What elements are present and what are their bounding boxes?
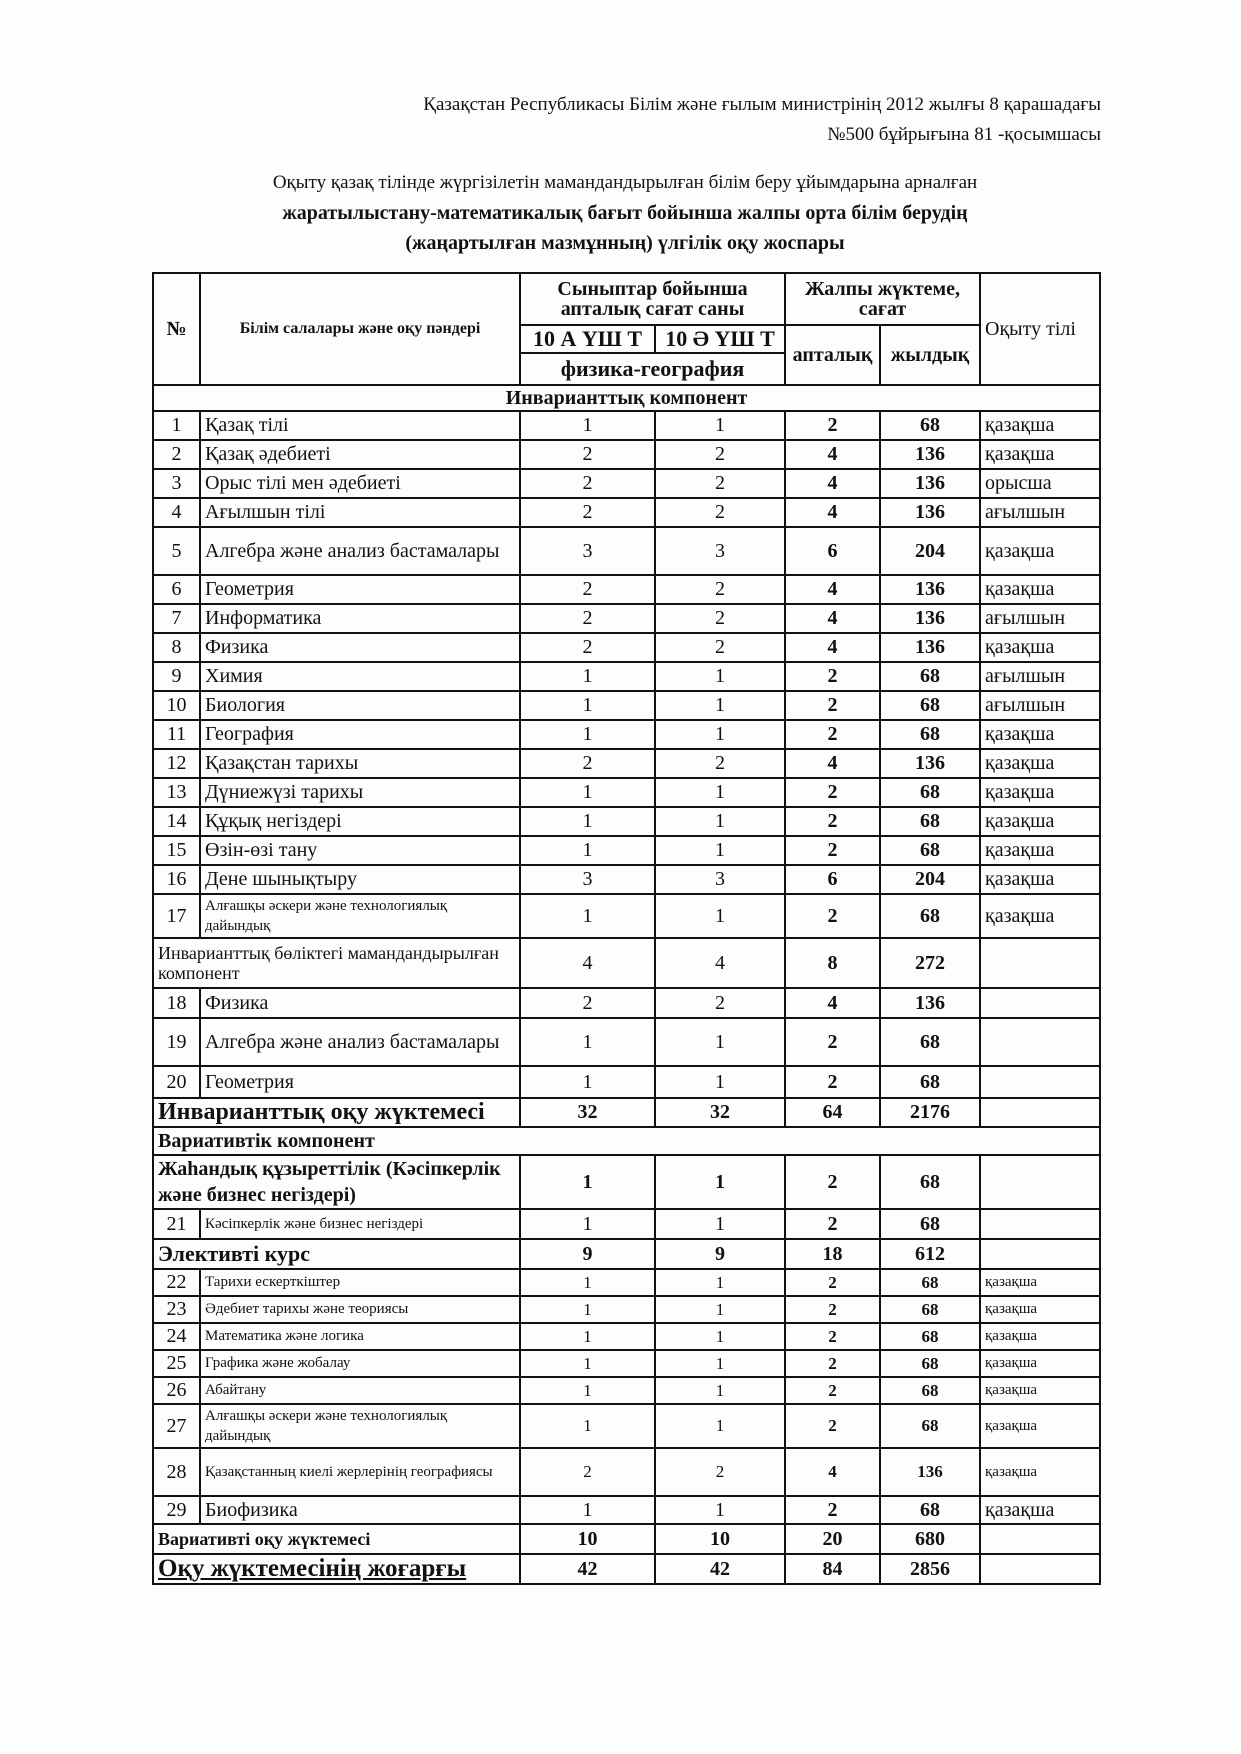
global-competence-label: Жаһандық құзыреттілік (Кәсіпкерлік және …: [153, 1155, 520, 1209]
subject-name: Химия: [200, 662, 520, 691]
hours-class-a: 1: [520, 720, 655, 749]
subject-name: Қазақстанның киелі жерлерінің географияс…: [200, 1448, 520, 1496]
weekly-total: 4: [785, 749, 880, 778]
hours-class-b: 2: [655, 498, 785, 527]
table-row: 13Дүниежүзі тарихы11268қазақша: [153, 778, 1100, 807]
yearly-total: 68: [880, 1155, 980, 1209]
teaching-language: қазақша: [980, 1323, 1100, 1350]
yearly-total: 68: [880, 691, 980, 720]
header-no: №: [153, 273, 200, 385]
specialized-component: Инварианттық бөліктегі мамандандырылған …: [153, 938, 1100, 988]
teaching-language: қазақша: [980, 1269, 1100, 1296]
title-line-2: жаратылыстану-математикалық бағыт бойынш…: [200, 198, 1050, 228]
hours-class-a: 1: [520, 1066, 655, 1098]
hours-class-b: 1: [655, 662, 785, 691]
elective-course-label: Элективті курс: [153, 1239, 520, 1269]
table-row: 18Физика224136: [153, 988, 1100, 1018]
subject-name: Өзін-өзі тану: [200, 836, 520, 865]
teaching-language: қазақша: [980, 778, 1100, 807]
hours-class-b: 1: [655, 1350, 785, 1377]
table-row: 11География11268қазақша: [153, 720, 1100, 749]
row-number: 12: [153, 749, 200, 778]
subject-name: Геометрия: [200, 1066, 520, 1098]
yearly-total: 68: [880, 1018, 980, 1066]
hours-class-a: 1: [520, 807, 655, 836]
hours-class-b: 1: [655, 1404, 785, 1448]
hours-class-b: 1: [655, 1155, 785, 1209]
hours-class-b: 1: [655, 836, 785, 865]
hours-class-a: 42: [520, 1554, 655, 1584]
table-row: 10Биология11268ағылшын: [153, 691, 1100, 720]
section-variative: Вариативтік компонент: [153, 1127, 1100, 1155]
invariant-total-label: Инварианттық оқу жүктемесі: [153, 1098, 520, 1127]
yearly-total: 136: [880, 440, 980, 469]
teaching-language: ағылшын: [980, 604, 1100, 633]
weekly-total: 4: [785, 575, 880, 604]
yearly-total: 68: [880, 662, 980, 691]
weekly-total: 2: [785, 1404, 880, 1448]
yearly-total: 68: [880, 894, 980, 938]
max-total: Оқу жүктемесінің жоғарғы4242842856: [153, 1554, 1100, 1584]
header-subjects: Білім салалары және оқу пәндері: [200, 273, 520, 385]
hours-class-b: 1: [655, 1269, 785, 1296]
hours-class-b: 1: [655, 691, 785, 720]
table-row: 14Құқық негіздері11268қазақша: [153, 807, 1100, 836]
hours-class-a: 1: [520, 1018, 655, 1066]
subject-name: Алгебра және анализ бастамалары: [200, 527, 520, 575]
hours-class-a: 1: [520, 1269, 655, 1296]
row-number: 27: [153, 1404, 200, 1448]
table-row: 21Кәсіпкерлік және бизнес негіздері11268: [153, 1209, 1100, 1239]
hours-class-b: 2: [655, 469, 785, 498]
weekly-total: 2: [785, 1350, 880, 1377]
hours-class-b: 1: [655, 1066, 785, 1098]
teaching-language: қазақша: [980, 894, 1100, 938]
hours-class-b: 2: [655, 749, 785, 778]
row-number: 20: [153, 1066, 200, 1098]
weekly-total: 2: [785, 1155, 880, 1209]
table-row: 7Информатика224136ағылшын: [153, 604, 1100, 633]
yearly-total: 2856: [880, 1554, 980, 1584]
row-number: 25: [153, 1350, 200, 1377]
hours-class-b: 1: [655, 1296, 785, 1323]
variative-total: Вариативті оқу жүктемесі101020680: [153, 1524, 1100, 1554]
header-weekly-by-class: Сыныптар бойынша апталық сағат саны: [520, 273, 785, 325]
row-number: 10: [153, 691, 200, 720]
weekly-total: 20: [785, 1524, 880, 1554]
row-number: 24: [153, 1323, 200, 1350]
teaching-language: [980, 1066, 1100, 1098]
teaching-language: қазақша: [980, 1448, 1100, 1496]
hours-class-b: 2: [655, 440, 785, 469]
hours-class-b: 2: [655, 988, 785, 1018]
row-number: 11: [153, 720, 200, 749]
teaching-language: ағылшын: [980, 691, 1100, 720]
weekly-total: 8: [785, 938, 880, 988]
yearly-total: 136: [880, 633, 980, 662]
hours-class-a: 2: [520, 469, 655, 498]
hours-class-a: 1: [520, 894, 655, 938]
teaching-language: орысша: [980, 469, 1100, 498]
invariant-total: Инварианттық оқу жүктемесі3232642176: [153, 1098, 1100, 1127]
table-row: 6Геометрия224136қазақша: [153, 575, 1100, 604]
weekly-total: 4: [785, 988, 880, 1018]
subject-name: Графика және жобалау: [200, 1350, 520, 1377]
hours-class-b: 4: [655, 938, 785, 988]
annex-reference: Қазақстан Республикасы Білім және ғылым …: [423, 90, 1101, 150]
row-number: 14: [153, 807, 200, 836]
weekly-total: 2: [785, 1209, 880, 1239]
hours-class-b: 1: [655, 894, 785, 938]
teaching-language: қазақша: [980, 1296, 1100, 1323]
header-class-a: 10 А ҮШ Т: [520, 325, 655, 353]
subject-name: Алғашқы әскери және технологиялық дайынд…: [200, 1404, 520, 1448]
table-row: 16Дене шынықтыру336204қазақша: [153, 865, 1100, 894]
hours-class-a: 1: [520, 1404, 655, 1448]
table-row: 20Геометрия11268: [153, 1066, 1100, 1098]
yearly-total: 68: [880, 1350, 980, 1377]
row-number: 21: [153, 1209, 200, 1239]
table-row: 3Орыс тілі мен әдебиеті224136орысша: [153, 469, 1100, 498]
row-number: 28: [153, 1448, 200, 1496]
hours-class-b: 1: [655, 1377, 785, 1404]
yearly-total: 68: [880, 1496, 980, 1524]
row-number: 8: [153, 633, 200, 662]
weekly-total: 4: [785, 469, 880, 498]
yearly-total: 2176: [880, 1098, 980, 1127]
table-row: 4Ағылшын тілі224136ағылшын: [153, 498, 1100, 527]
row-number: 16: [153, 865, 200, 894]
hours-class-b: 42: [655, 1554, 785, 1584]
header-class-b: 10 Ә ҮШ Т: [655, 325, 785, 353]
hours-class-b: 1: [655, 778, 785, 807]
table-row: 8Физика224136қазақша: [153, 633, 1100, 662]
subject-name: Кәсіпкерлік және бизнес негіздері: [200, 1209, 520, 1239]
table-row: 24Математика және логика11268қазақша: [153, 1323, 1100, 1350]
yearly-total: 272: [880, 938, 980, 988]
row-number: 17: [153, 894, 200, 938]
yearly-total: 68: [880, 1269, 980, 1296]
header-language: Оқыту тілі: [980, 273, 1100, 385]
weekly-total: 2: [785, 662, 880, 691]
table-row: 23Әдебиет тарихы және теориясы11268қазақ…: [153, 1296, 1100, 1323]
teaching-language: қазақша: [980, 1496, 1100, 1524]
hours-class-a: 2: [520, 604, 655, 633]
global-competence: Жаһандық құзыреттілік (Кәсіпкерлік және …: [153, 1155, 1100, 1209]
weekly-total: 18: [785, 1239, 880, 1269]
hours-class-a: 1: [520, 411, 655, 440]
table-row: 29Биофизика11268қазақша: [153, 1496, 1100, 1524]
hours-class-a: 1: [520, 1496, 655, 1524]
header-total-load: Жалпы жүктеме, сағат: [785, 273, 980, 325]
subject-name: Дүниежүзі тарихы: [200, 778, 520, 807]
yearly-total: 136: [880, 988, 980, 1018]
subject-name: Қазақстан тарихы: [200, 749, 520, 778]
hours-class-a: 1: [520, 1323, 655, 1350]
teaching-language: [980, 938, 1100, 988]
hours-class-b: 1: [655, 411, 785, 440]
teaching-language: ағылшын: [980, 498, 1100, 527]
weekly-total: 64: [785, 1098, 880, 1127]
specialized-component-label: Инварианттық бөліктегі мамандандырылған …: [153, 938, 520, 988]
elective-course: Элективті курс9918612: [153, 1239, 1100, 1269]
row-number: 19: [153, 1018, 200, 1066]
yearly-total: 68: [880, 1066, 980, 1098]
teaching-language: қазақша: [980, 440, 1100, 469]
subject-name: Физика: [200, 633, 520, 662]
teaching-language: қазақша: [980, 411, 1100, 440]
weekly-total: 4: [785, 498, 880, 527]
table-row: 22Тарихи ескерткіштер11268қазақша: [153, 1269, 1100, 1296]
teaching-language: [980, 1098, 1100, 1127]
hours-class-b: 3: [655, 527, 785, 575]
yearly-total: 612: [880, 1239, 980, 1269]
hours-class-b: 2: [655, 1448, 785, 1496]
hours-class-a: 3: [520, 865, 655, 894]
yearly-total: 68: [880, 1323, 980, 1350]
subject-name: Математика және логика: [200, 1323, 520, 1350]
table-header: № Білім салалары және оқу пәндері Сыныпт…: [153, 273, 1100, 385]
yearly-total: 136: [880, 498, 980, 527]
yearly-total: 68: [880, 836, 980, 865]
teaching-language: қазақша: [980, 749, 1100, 778]
weekly-total: 6: [785, 865, 880, 894]
section-invariant-row: Инварианттық компонент: [153, 385, 1100, 411]
subject-name: Қазақ тілі: [200, 411, 520, 440]
variative-total-label: Вариативті оқу жүктемесі: [153, 1524, 520, 1554]
hours-class-b: 1: [655, 807, 785, 836]
table-row: 12Қазақстан тарихы224136қазақша: [153, 749, 1100, 778]
teaching-language: ағылшын: [980, 662, 1100, 691]
row-number: 4: [153, 498, 200, 527]
hours-class-a: 2: [520, 633, 655, 662]
hours-class-b: 1: [655, 1323, 785, 1350]
yearly-total: 68: [880, 411, 980, 440]
row-number: 13: [153, 778, 200, 807]
yearly-total: 136: [880, 604, 980, 633]
hours-class-a: 1: [520, 836, 655, 865]
hours-class-b: 9: [655, 1239, 785, 1269]
table-row: 26Абайтану11268қазақша: [153, 1377, 1100, 1404]
title-line-1: Оқыту қазақ тілінде жүргізілетін маманда…: [200, 168, 1050, 198]
hours-class-b: 2: [655, 575, 785, 604]
teaching-language: [980, 1554, 1100, 1584]
teaching-language: [980, 1018, 1100, 1066]
hours-class-a: 1: [520, 1155, 655, 1209]
row-number: 15: [153, 836, 200, 865]
weekly-total: 2: [785, 411, 880, 440]
hours-class-b: 3: [655, 865, 785, 894]
table-row: 2Қазақ әдебиеті224136қазақша: [153, 440, 1100, 469]
subject-name: Абайтану: [200, 1377, 520, 1404]
header-weekly: апталық: [785, 325, 880, 385]
weekly-total: 4: [785, 440, 880, 469]
hours-class-a: 3: [520, 527, 655, 575]
hours-class-b: 10: [655, 1524, 785, 1554]
title-line-3: (жаңартылған мазмұнның) үлгілік оқу жосп…: [200, 228, 1050, 258]
weekly-total: 4: [785, 604, 880, 633]
yearly-total: 68: [880, 1377, 980, 1404]
row-number: 22: [153, 1269, 200, 1296]
yearly-total: 68: [880, 720, 980, 749]
hours-class-a: 1: [520, 1377, 655, 1404]
weekly-total: 84: [785, 1554, 880, 1584]
weekly-total: 2: [785, 691, 880, 720]
subject-name: Әдебиет тарихы және теориясы: [200, 1296, 520, 1323]
teaching-language: қазақша: [980, 575, 1100, 604]
hours-class-a: 10: [520, 1524, 655, 1554]
yearly-total: 68: [880, 1209, 980, 1239]
weekly-total: 2: [785, 778, 880, 807]
hours-class-a: 1: [520, 1209, 655, 1239]
annex-line-1: Қазақстан Республикасы Білім және ғылым …: [423, 90, 1101, 120]
hours-class-a: 1: [520, 691, 655, 720]
subject-name: Орыс тілі мен әдебиеті: [200, 469, 520, 498]
weekly-total: 6: [785, 527, 880, 575]
section-variative-row: Вариативтік компонент: [153, 1127, 1100, 1155]
row-number: 1: [153, 411, 200, 440]
table-row: 1Қазақ тілі11268қазақша: [153, 411, 1100, 440]
yearly-total: 68: [880, 778, 980, 807]
hours-class-a: 1: [520, 662, 655, 691]
hours-class-b: 2: [655, 604, 785, 633]
weekly-total: 2: [785, 1496, 880, 1524]
hours-class-b: 1: [655, 720, 785, 749]
subject-name: Физика: [200, 988, 520, 1018]
teaching-language: [980, 1239, 1100, 1269]
subject-name: Алгебра және анализ бастамалары: [200, 1018, 520, 1066]
teaching-language: қазақша: [980, 1377, 1100, 1404]
hours-class-b: 1: [655, 1018, 785, 1066]
subject-name: Құқық негіздері: [200, 807, 520, 836]
yearly-total: 68: [880, 1404, 980, 1448]
yearly-total: 68: [880, 1296, 980, 1323]
yearly-total: 136: [880, 749, 980, 778]
teaching-language: қазақша: [980, 807, 1100, 836]
table-body: Инварианттық компонент 1Қазақ тілі11268қ…: [153, 385, 1100, 1584]
hours-class-a: 2: [520, 749, 655, 778]
teaching-language: қазақша: [980, 527, 1100, 575]
weekly-total: 2: [785, 1323, 880, 1350]
hours-class-a: 2: [520, 988, 655, 1018]
hours-class-a: 2: [520, 440, 655, 469]
header-yearly: жылдық: [880, 325, 980, 385]
hours-class-b: 2: [655, 633, 785, 662]
yearly-total: 204: [880, 527, 980, 575]
table-row: 9Химия11268ағылшын: [153, 662, 1100, 691]
row-number: 26: [153, 1377, 200, 1404]
teaching-language: [980, 988, 1100, 1018]
teaching-language: қазақша: [980, 836, 1100, 865]
weekly-total: 4: [785, 633, 880, 662]
teaching-language: [980, 1155, 1100, 1209]
hours-class-a: 2: [520, 1448, 655, 1496]
hours-class-a: 4: [520, 938, 655, 988]
weekly-total: 2: [785, 807, 880, 836]
hours-class-b: 32: [655, 1098, 785, 1127]
annex-line-2: №500 бұйрығына 81 -қосымшасы: [423, 120, 1101, 150]
document-page: Қазақстан Республикасы Білім және ғылым …: [0, 0, 1241, 1754]
table-row: 25Графика және жобалау11268қазақша: [153, 1350, 1100, 1377]
row-number: 23: [153, 1296, 200, 1323]
yearly-total: 136: [880, 469, 980, 498]
hours-class-b: 1: [655, 1496, 785, 1524]
weekly-total: 2: [785, 1018, 880, 1066]
teaching-language: [980, 1209, 1100, 1239]
yearly-total: 680: [880, 1524, 980, 1554]
row-number: 29: [153, 1496, 200, 1524]
weekly-total: 4: [785, 1448, 880, 1496]
section-invariant: Инварианттық компонент: [153, 385, 1100, 411]
row-number: 18: [153, 988, 200, 1018]
teaching-language: [980, 1524, 1100, 1554]
hours-class-a: 1: [520, 778, 655, 807]
table-row: 28Қазақстанның киелі жерлерінің географи…: [153, 1448, 1100, 1496]
document-title: Оқыту қазақ тілінде жүргізілетін маманда…: [200, 168, 1050, 258]
weekly-total: 2: [785, 1377, 880, 1404]
weekly-total: 2: [785, 1066, 880, 1098]
teaching-language: қазақша: [980, 1350, 1100, 1377]
hours-class-a: 1: [520, 1296, 655, 1323]
curriculum-table: № Білім салалары және оқу пәндері Сыныпт…: [152, 272, 1101, 1585]
weekly-total: 2: [785, 1269, 880, 1296]
yearly-total: 136: [880, 575, 980, 604]
subject-name: Алғашқы әскери және технологиялық дайынд…: [200, 894, 520, 938]
teaching-language: қазақша: [980, 720, 1100, 749]
weekly-total: 2: [785, 894, 880, 938]
table-row: 5Алгебра және анализ бастамалары336204қа…: [153, 527, 1100, 575]
hours-class-a: 1: [520, 1350, 655, 1377]
hours-class-a: 32: [520, 1098, 655, 1127]
subject-name: География: [200, 720, 520, 749]
row-number: 5: [153, 527, 200, 575]
row-number: 9: [153, 662, 200, 691]
row-number: 3: [153, 469, 200, 498]
row-number: 2: [153, 440, 200, 469]
teaching-language: қазақша: [980, 1404, 1100, 1448]
teaching-language: қазақша: [980, 865, 1100, 894]
subject-name: Биология: [200, 691, 520, 720]
row-number: 7: [153, 604, 200, 633]
subject-name: Тарихи ескерткіштер: [200, 1269, 520, 1296]
hours-class-a: 9: [520, 1239, 655, 1269]
table-row: 17Алғашқы әскери және технологиялық дайы…: [153, 894, 1100, 938]
yearly-total: 68: [880, 807, 980, 836]
table-row: 19Алгебра және анализ бастамалары11268: [153, 1018, 1100, 1066]
subject-name: Геометрия: [200, 575, 520, 604]
max-total-label: Оқу жүктемесінің жоғарғы: [153, 1554, 520, 1584]
subject-name: Биофизика: [200, 1496, 520, 1524]
weekly-total: 2: [785, 1296, 880, 1323]
weekly-total: 2: [785, 836, 880, 865]
subject-name: Информатика: [200, 604, 520, 633]
weekly-total: 2: [785, 720, 880, 749]
subject-name: Қазақ әдебиеті: [200, 440, 520, 469]
yearly-total: 136: [880, 1448, 980, 1496]
subject-name: Дене шынықтыру: [200, 865, 520, 894]
teaching-language: қазақша: [980, 633, 1100, 662]
hours-class-b: 1: [655, 1209, 785, 1239]
header-profile: физика-география: [520, 353, 785, 385]
subject-name: Ағылшын тілі: [200, 498, 520, 527]
yearly-total: 204: [880, 865, 980, 894]
row-number: 6: [153, 575, 200, 604]
table-row: 15Өзін-өзі тану11268қазақша: [153, 836, 1100, 865]
table-row: 27Алғашқы әскери және технологиялық дайы…: [153, 1404, 1100, 1448]
hours-class-a: 2: [520, 575, 655, 604]
hours-class-a: 2: [520, 498, 655, 527]
